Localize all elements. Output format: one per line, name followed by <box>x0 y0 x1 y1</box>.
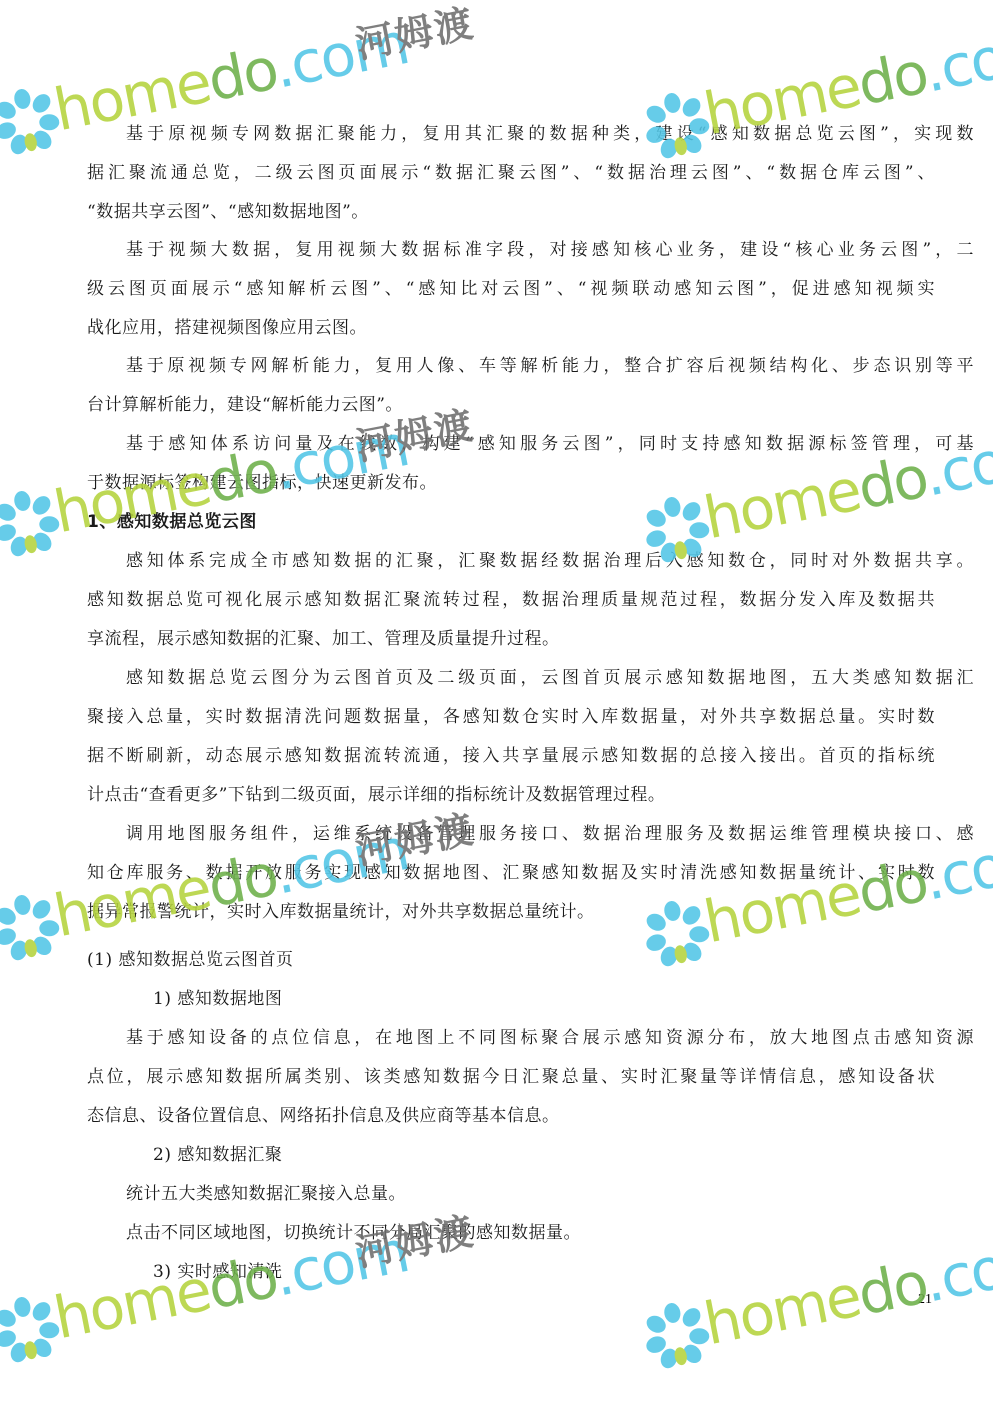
paragraph-line: 感知体系完成全市感知数据的汇聚，汇聚数据经数据治理后入感知数仓，同时对外数据共享… <box>126 551 974 571</box>
paragraph-line: 级云图页面展示“感知解析云图”、“感知比对云图”、“视频联动感知云图”，促进感知… <box>87 279 935 299</box>
paragraph-line: 据不断刷新，动态展示感知数据流转流通，接入共享量展示感知数据的总接入接出。首页的… <box>87 746 935 766</box>
document-page: 基于原视频专网数据汇聚能力，复用其汇聚的数据种类，建设“感知数据总览云图”，实现… <box>0 0 993 1403</box>
paragraph-line: 据异常报警统计，实时入库数据量统计，对外共享数据总量统计。 <box>87 902 937 922</box>
paragraph-line: 态信息、设备位置信息、网络拓扑信息及供应商等基本信息。 <box>87 1106 937 1126</box>
paragraph-line: 战化应用，搭建视频图像应用云图。 <box>87 318 937 338</box>
paragraph-line: “数据共享云图”、“感知数据地图”。 <box>87 202 937 222</box>
paragraph-line: 点击不同区域地图，切换统计不同分局汇聚的感知数据量。 <box>126 1223 936 1243</box>
list-item-heading: 1) 感知数据地图 <box>153 989 993 1009</box>
subsection-heading: (1) 感知数据总览云图首页 <box>87 950 937 970</box>
paragraph-line: 计点击“查看更多”下钻到二级页面，展示详细的指标统计及数据管理过程。 <box>87 785 937 805</box>
paragraph-line: 基于视频大数据，复用视频大数据标准字段，对接感知核心业务，建设“核心业务云图”，… <box>126 240 974 260</box>
section-heading: 1、感知数据总览云图 <box>87 512 937 532</box>
paragraph-line: 基于原视频专网数据汇聚能力，复用其汇聚的数据种类，建设“感知数据总览云图”，实现… <box>126 124 974 144</box>
list-item-heading: 2) 感知数据汇聚 <box>153 1145 993 1165</box>
list-item-heading: 3) 实时感知清洗 <box>153 1262 993 1282</box>
paragraph-line: 感知数据总览云图分为云图首页及二级页面，云图首页展示感知数据地图，五大类感知数据… <box>126 668 974 688</box>
paragraph-line: 调用地图服务组件，运维系统设备管理服务接口、数据治理服务及数据运维管理模块接口、… <box>126 824 974 844</box>
paragraph-line: 基于原视频专网解析能力，复用人像、车等解析能力，整合扩容后视频结构化、步态识别等… <box>126 356 974 376</box>
paragraph-line: 统计五大类感知数据汇聚接入总量。 <box>126 1184 936 1204</box>
page-number: 21 <box>918 1292 932 1308</box>
paragraph-line: 台计算解析能力，建设“解析能力云图”。 <box>87 395 937 415</box>
paragraph-line: 于数据源标签构建云图指标，快速更新发布。 <box>87 473 937 493</box>
paragraph-line: 基于感知体系访问量及在线数，构建“感知服务云图”，同时支持感知数据源标签管理，可… <box>126 434 974 454</box>
paragraph-line: 知仓库服务、数据开放服务实现感知数据地图、汇聚感知数据及实时清洗感知数据量统计、… <box>87 863 935 883</box>
paragraph-line: 享流程，展示感知数据的汇聚、加工、管理及质量提升过程。 <box>87 629 937 649</box>
paragraph-line: 聚接入总量，实时数据清洗问题数据量，各感知数仓实时入库数据量，对外共享数据总量。… <box>87 707 935 727</box>
paragraph-line: 感知数据总览可视化展示感知数据汇聚流转过程，数据治理质量规范过程，数据分发入库及… <box>87 590 935 610</box>
paragraph-line: 基于感知设备的点位信息，在地图上不同图标聚合展示感知资源分布，放大地图点击感知资… <box>126 1028 974 1048</box>
paragraph-line: 据汇聚流通总览，二级云图页面展示“数据汇聚云图”、“数据治理云图”、“数据仓库云… <box>87 163 935 183</box>
paragraph-line: 点位，展示感知数据所属类别、该类感知数据今日汇聚总量、实时汇聚量等详情信息，感知… <box>87 1067 935 1087</box>
